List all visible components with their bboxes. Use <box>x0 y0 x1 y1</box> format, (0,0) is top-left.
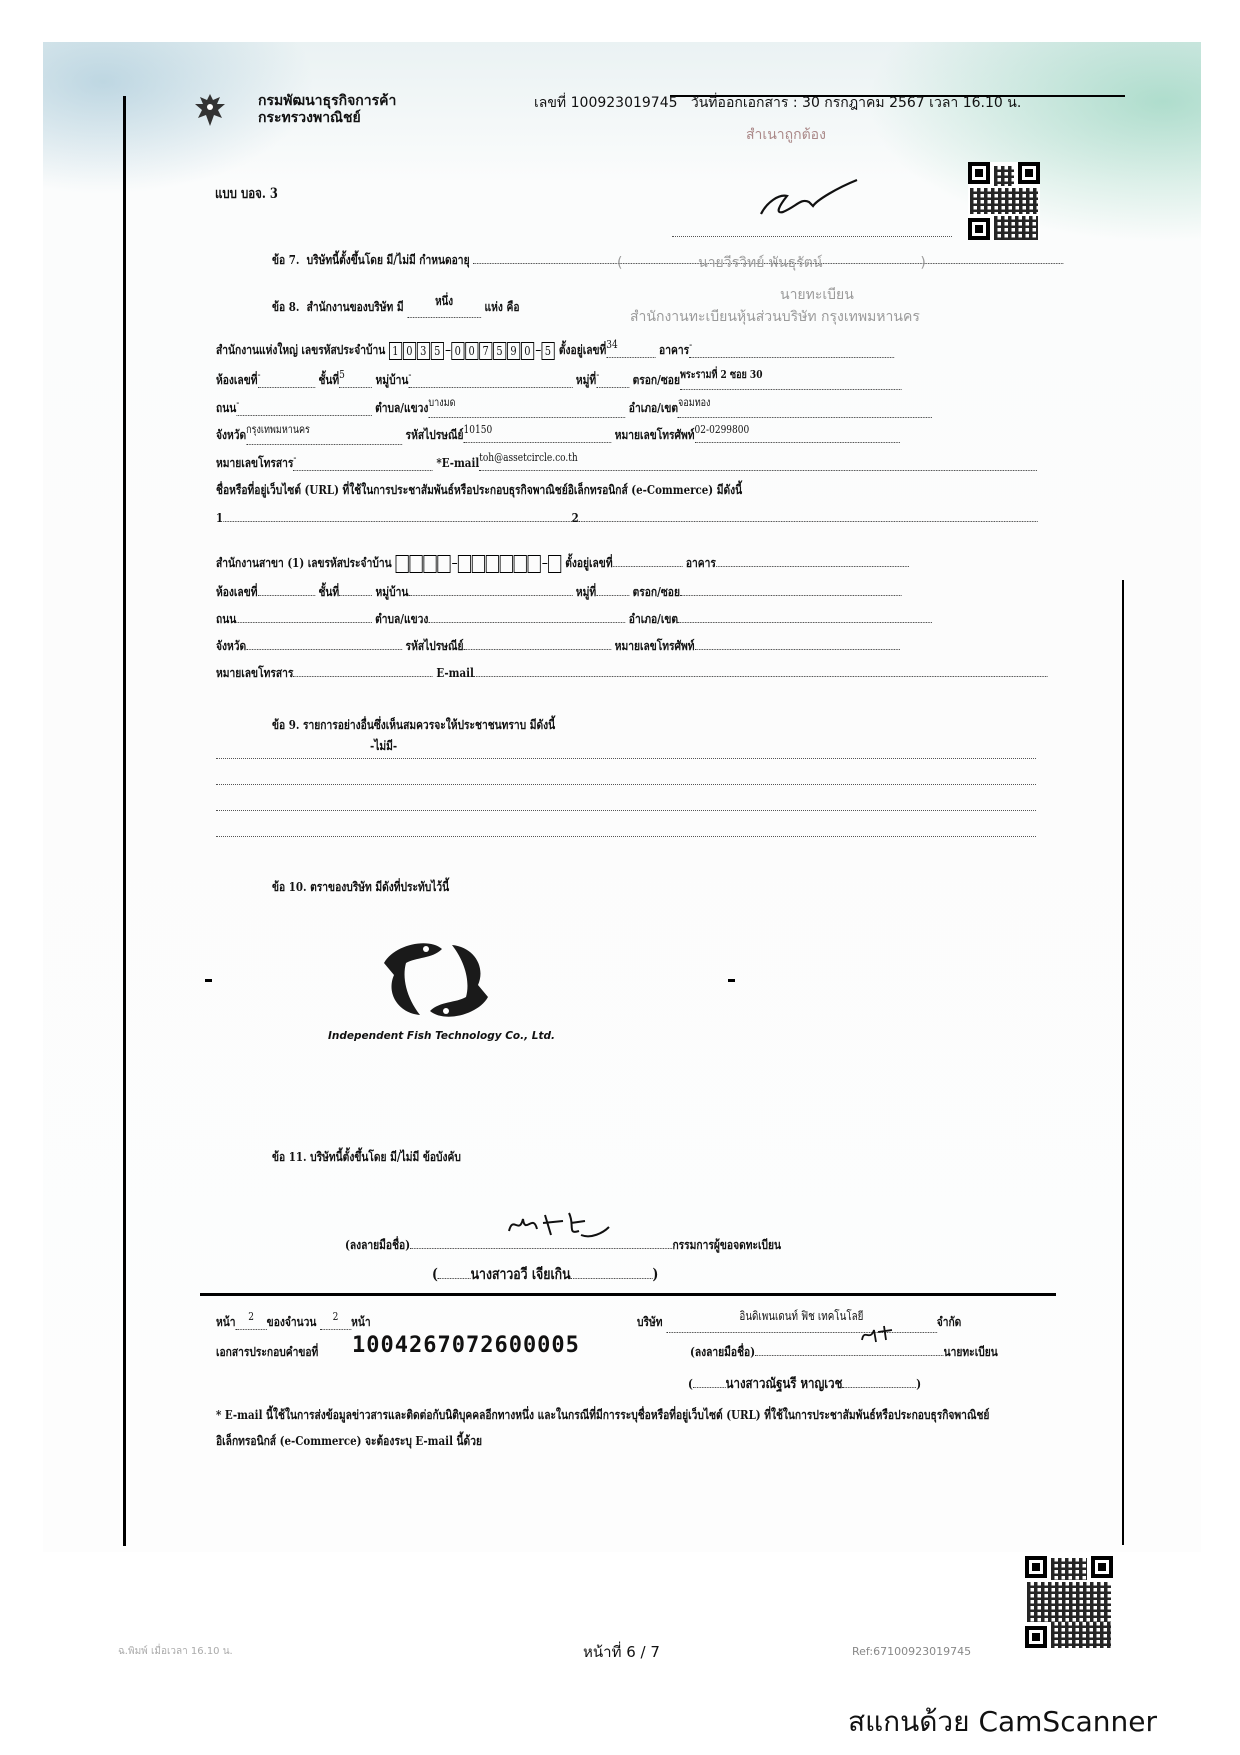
document-number: 100923019745 <box>571 95 678 111</box>
printed-time-note: ฉ.พิมพ์ เมื่อเวลา 16.10 น. <box>118 1644 233 1659</box>
head-office-row-4: จังหวัดกรุงเทพมหานคร รหัสไปรษณีย์10150 ห… <box>216 425 900 445</box>
registrar-name: นางสาวณัฐนรี หาญเวช <box>726 1376 843 1392</box>
office-count: หนึ่ง <box>435 294 453 308</box>
page-indicator: หน้าที่ 6 / 7 <box>583 1640 660 1664</box>
branch-office-row-1: สำนักงานสาขา (1) เลขรหัสประจำบ้าน ตั้งอย… <box>216 553 909 573</box>
head-office-row-2: ห้องเลขที่- ชั้นที่5 หมู่บ้าน- หมู่ที่- … <box>216 370 901 390</box>
clause-9-line-2 <box>216 784 1036 785</box>
registrar-signature <box>757 172 867 226</box>
email-note: * E-mail นี้ใช้ในการส่งข้อมูลข่าวสารและต… <box>216 1402 1044 1454</box>
branch-office-row-5: หมายเลขโทรสาร E-mail <box>216 663 1048 683</box>
ministry-name: กระทรวงพาณิชย์ <box>258 110 396 127</box>
garuda-emblem-icon <box>193 92 227 128</box>
url-lines: 12 <box>216 510 1038 525</box>
footer-separator <box>200 1293 1056 1296</box>
certified-copy-stamp: สำเนาถูกต้อง <box>746 124 826 146</box>
reference-number: Ref:6710092301974​5 <box>852 1645 971 1658</box>
director-name: นางสาวอวี เจียเกิน <box>471 1265 571 1283</box>
head-office-row-1: สำนักงานแห่งใหญ่ เลขรหัสประจำบ้าน 103500… <box>216 340 894 360</box>
branch-office-row-2: ห้องเลขที่ ชั้นที่ หมู่บ้าน หมู่ที่ ตรอก… <box>216 582 901 602</box>
director-name-line: (นางสาวอวี เจียเกิน) <box>432 1262 658 1286</box>
registrar-stamp-title: นายทะเบียน <box>780 284 854 306</box>
clause-9: ข้อ 9. รายการอย่างอื่นซึ่งเห็นสมควรจะให้… <box>272 715 555 735</box>
footer-company: บริษัท อินดิเพนเดนท์ ฟิช เทคโนโลยีจำกัด <box>637 1312 961 1333</box>
document-number-line: เลขที่ 100923019745 วันที่ออกเอกสาร : 30… <box>534 92 1021 114</box>
qr-code-bottom <box>1025 1556 1113 1648</box>
clause-10: ข้อ 10. ตราของบริษัท มีดังที่ประทับไว้นี… <box>272 877 449 897</box>
attachment-label: เอกสารประกอบคำขอที่ <box>216 1342 318 1362</box>
registrar-name-line: (นางสาวณัฐนรี หาญเวช) <box>688 1373 921 1395</box>
registrar-stamp-office: สำนักงานทะเบียนหุ้นส่วนบริษัท กรุงเทพมหา… <box>630 306 920 328</box>
issue-time: 16.10 น. <box>963 95 1022 111</box>
url-label: ชื่อหรือที่อยู่เว็บไซต์ (URL) ที่ใช้ในกา… <box>216 480 742 500</box>
left-margin-line <box>123 96 126 1546</box>
punch-mark-left <box>205 979 212 982</box>
signature-dotted-line <box>672 236 952 237</box>
address-number: 34 <box>606 338 617 351</box>
head-office-house-code: 10350075905 <box>389 342 555 360</box>
clause-11: ข้อ 11. บริษัทนี้ตั้งขึ้นโดย มี/ไม่มี ข้… <box>272 1147 461 1167</box>
clause-9-value: -ไม่มี- <box>370 736 397 756</box>
head-office-row-3: ถนน- ตำบล/แขวงบางมด อำเภอ/เขตจอมทอง <box>216 398 932 418</box>
issue-date: 30 กรกฎาคม 2567 <box>802 95 925 111</box>
email: toh@assetcircle.co.th <box>479 451 578 464</box>
registrar-signature-footer <box>858 1322 898 1350</box>
branch-office-row-3: ถนน ตำบล/แขวง อำเภอ/เขต <box>216 609 932 629</box>
director-sign-line: (ลงลายมือชื่อ)กรรมการผู้ขอจดทะเบียน <box>345 1235 781 1255</box>
clause-9-line-3 <box>216 810 1036 811</box>
form-code: แบบ บอจ. 3 <box>215 183 278 205</box>
footer-page-count: หน้า2ของจำนวน 2หน้า <box>216 1312 371 1332</box>
camscanner-watermark: สแกนด้วย CamScanner <box>848 1700 1157 1744</box>
department-name: กรมพัฒนาธุรกิจการค้า <box>258 93 396 110</box>
clause-9-line-1 <box>216 758 1036 759</box>
clause-8: ข้อ 8. สำนักงานของบริษัท มี หนึ่ง แห่ง ค… <box>272 297 520 318</box>
branch-office-row-4: จังหวัด รหัสไปรษณีย์ หมายเลขโทรศัพท์ <box>216 636 900 656</box>
company-seal-fish-icon <box>376 935 496 1025</box>
right-margin-line <box>1122 580 1124 1545</box>
punch-mark-right <box>728 979 735 982</box>
registrar-sign-line: (ลงลายมือชื่อ)นายทะเบียน <box>690 1342 998 1362</box>
attachment-number: 1004267072600005 <box>352 1333 580 1358</box>
branch-office-house-code <box>395 555 561 573</box>
registrar-stamp-name: ( นายวีรวิทย์ พันธุรัตน์ ) <box>617 252 926 274</box>
qr-code-top <box>968 162 1040 240</box>
seal-caption: Independent Fish Technology Co., Ltd. <box>328 1030 555 1042</box>
building: - <box>689 338 692 351</box>
head-office-row-5: หมายเลขโทรสาร- *E-mailtoh@assetcircle.co… <box>216 453 1037 473</box>
clause-9-line-4 <box>216 836 1036 837</box>
company-name: อินดิเพนเดนท์ ฟิช เทคโนโลยี <box>739 1309 863 1323</box>
